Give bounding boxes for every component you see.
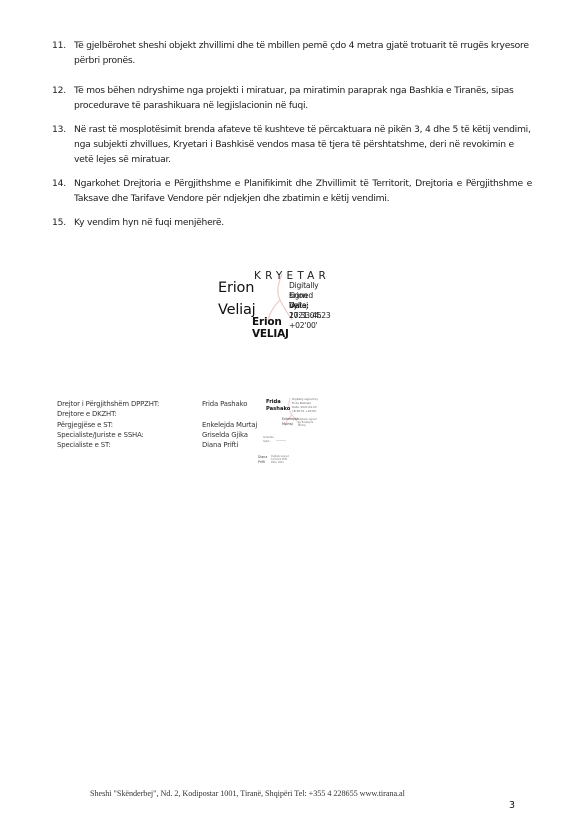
item-text: Të gjelbërohet sheshi objekt zhvillimi d…	[74, 38, 532, 68]
approval-role: Specialiste e ST:	[57, 441, 111, 449]
signer-first-name: Erion	[218, 280, 254, 296]
mini-sig-detail: 18:36:51 +02'00'	[292, 409, 318, 413]
approval-row: Drejtore e DKZHT:	[57, 409, 117, 419]
item-number: 13.	[52, 122, 74, 137]
approval-row: Drejtor i Përgjithshëm DPPZHT: Frida Pas…	[57, 399, 159, 409]
mini-signature-diana-detail: Digitally signed by Diana Prifti Date: 2…	[271, 455, 289, 465]
approval-row: Përgjegjëse e ST: Enkelejda Murtaj	[57, 420, 113, 430]
document-page: 11. Të gjelbërohet sheshi objekt zhvilli…	[0, 0, 572, 832]
mini-signature-griselda: Griselda Gjika	[263, 436, 274, 444]
approval-role: Specialiste/Juriste e SSHA:	[57, 431, 144, 439]
list-item: 12. Të mos bëhen ndryshime nga projekti …	[52, 83, 532, 113]
mini-sig-name: Pashako	[266, 406, 290, 413]
item-number: 12.	[52, 83, 74, 98]
list-item: 15. Ky vendim hyn në fuqi menjëherë.	[52, 215, 532, 230]
mini-sig-name: Frida	[266, 399, 290, 406]
approval-name: Frida Pashako	[202, 399, 247, 409]
approval-role: Drejtore e DKZHT:	[57, 410, 117, 418]
footer-address: Sheshi "Skënderbej", Nd. 2, Kodipostar 1…	[90, 789, 405, 798]
mini-signature-frida: Frida Pashako	[266, 399, 290, 413]
item-text: Në rast të mosplotësimit brenda afateve …	[74, 122, 532, 167]
approval-row: Specialiste/Juriste e SSHA: Griselda Gji…	[57, 430, 144, 440]
item-number: 14.	[52, 176, 74, 191]
digital-sign-line: 17:33:45 +02'00'	[289, 311, 322, 331]
item-number: 11.	[52, 38, 74, 53]
item-text: Ngarkohet Drejtoria e Përgjithshme e Pla…	[74, 176, 532, 206]
mini-signature-frida-detail: Digitally signed by Frida Pashako Date: …	[292, 397, 318, 413]
approval-name: Enkelejda Murtaj	[202, 420, 257, 430]
mini-sig-detail: Date: 2021	[271, 461, 289, 464]
approval-row: Specialiste e ST: Diana Prifti	[57, 440, 111, 450]
mini-sig-name: Gjika	[263, 440, 274, 444]
mini-signature-enkelejda-detail: Digitally signed by Enkelejda Murtaj	[298, 418, 317, 428]
page-number: 3	[509, 800, 515, 811]
approval-role: Përgjegjëse e ST:	[57, 421, 113, 429]
list-item: 11. Të gjelbërohet sheshi objekt zhvilli…	[52, 38, 532, 68]
mini-signature-enkelejda: Enkelejda Murtaj	[282, 417, 298, 427]
signer-printed-name: Erion VELIAJ	[252, 316, 289, 340]
list-item: 13. Në rast të mosplotësimit brenda afat…	[52, 122, 532, 167]
approval-role: Drejtor i Përgjithshëm DPPZHT:	[57, 400, 159, 408]
item-text: Të mos bëhen ndryshime nga projekti i mi…	[74, 83, 532, 113]
mini-signature-diana: Diana Prifti	[258, 455, 267, 465]
mini-sig-name: Prifti	[258, 460, 267, 465]
mini-sig-line	[276, 440, 286, 441]
item-text: Ky vendim hyn në fuqi menjëherë.	[74, 215, 532, 230]
list-item: 14. Ngarkohet Drejtoria e Përgjithshme e…	[52, 176, 532, 206]
signer-last-name: Veliaj	[218, 302, 256, 318]
item-number: 15.	[52, 215, 74, 230]
mini-sig-name: Murtaj	[282, 422, 298, 427]
mini-sig-detail: Murtaj	[298, 424, 317, 427]
approval-name: Diana Prifti	[202, 440, 238, 450]
approval-name: Griselda Gjika	[202, 430, 248, 440]
